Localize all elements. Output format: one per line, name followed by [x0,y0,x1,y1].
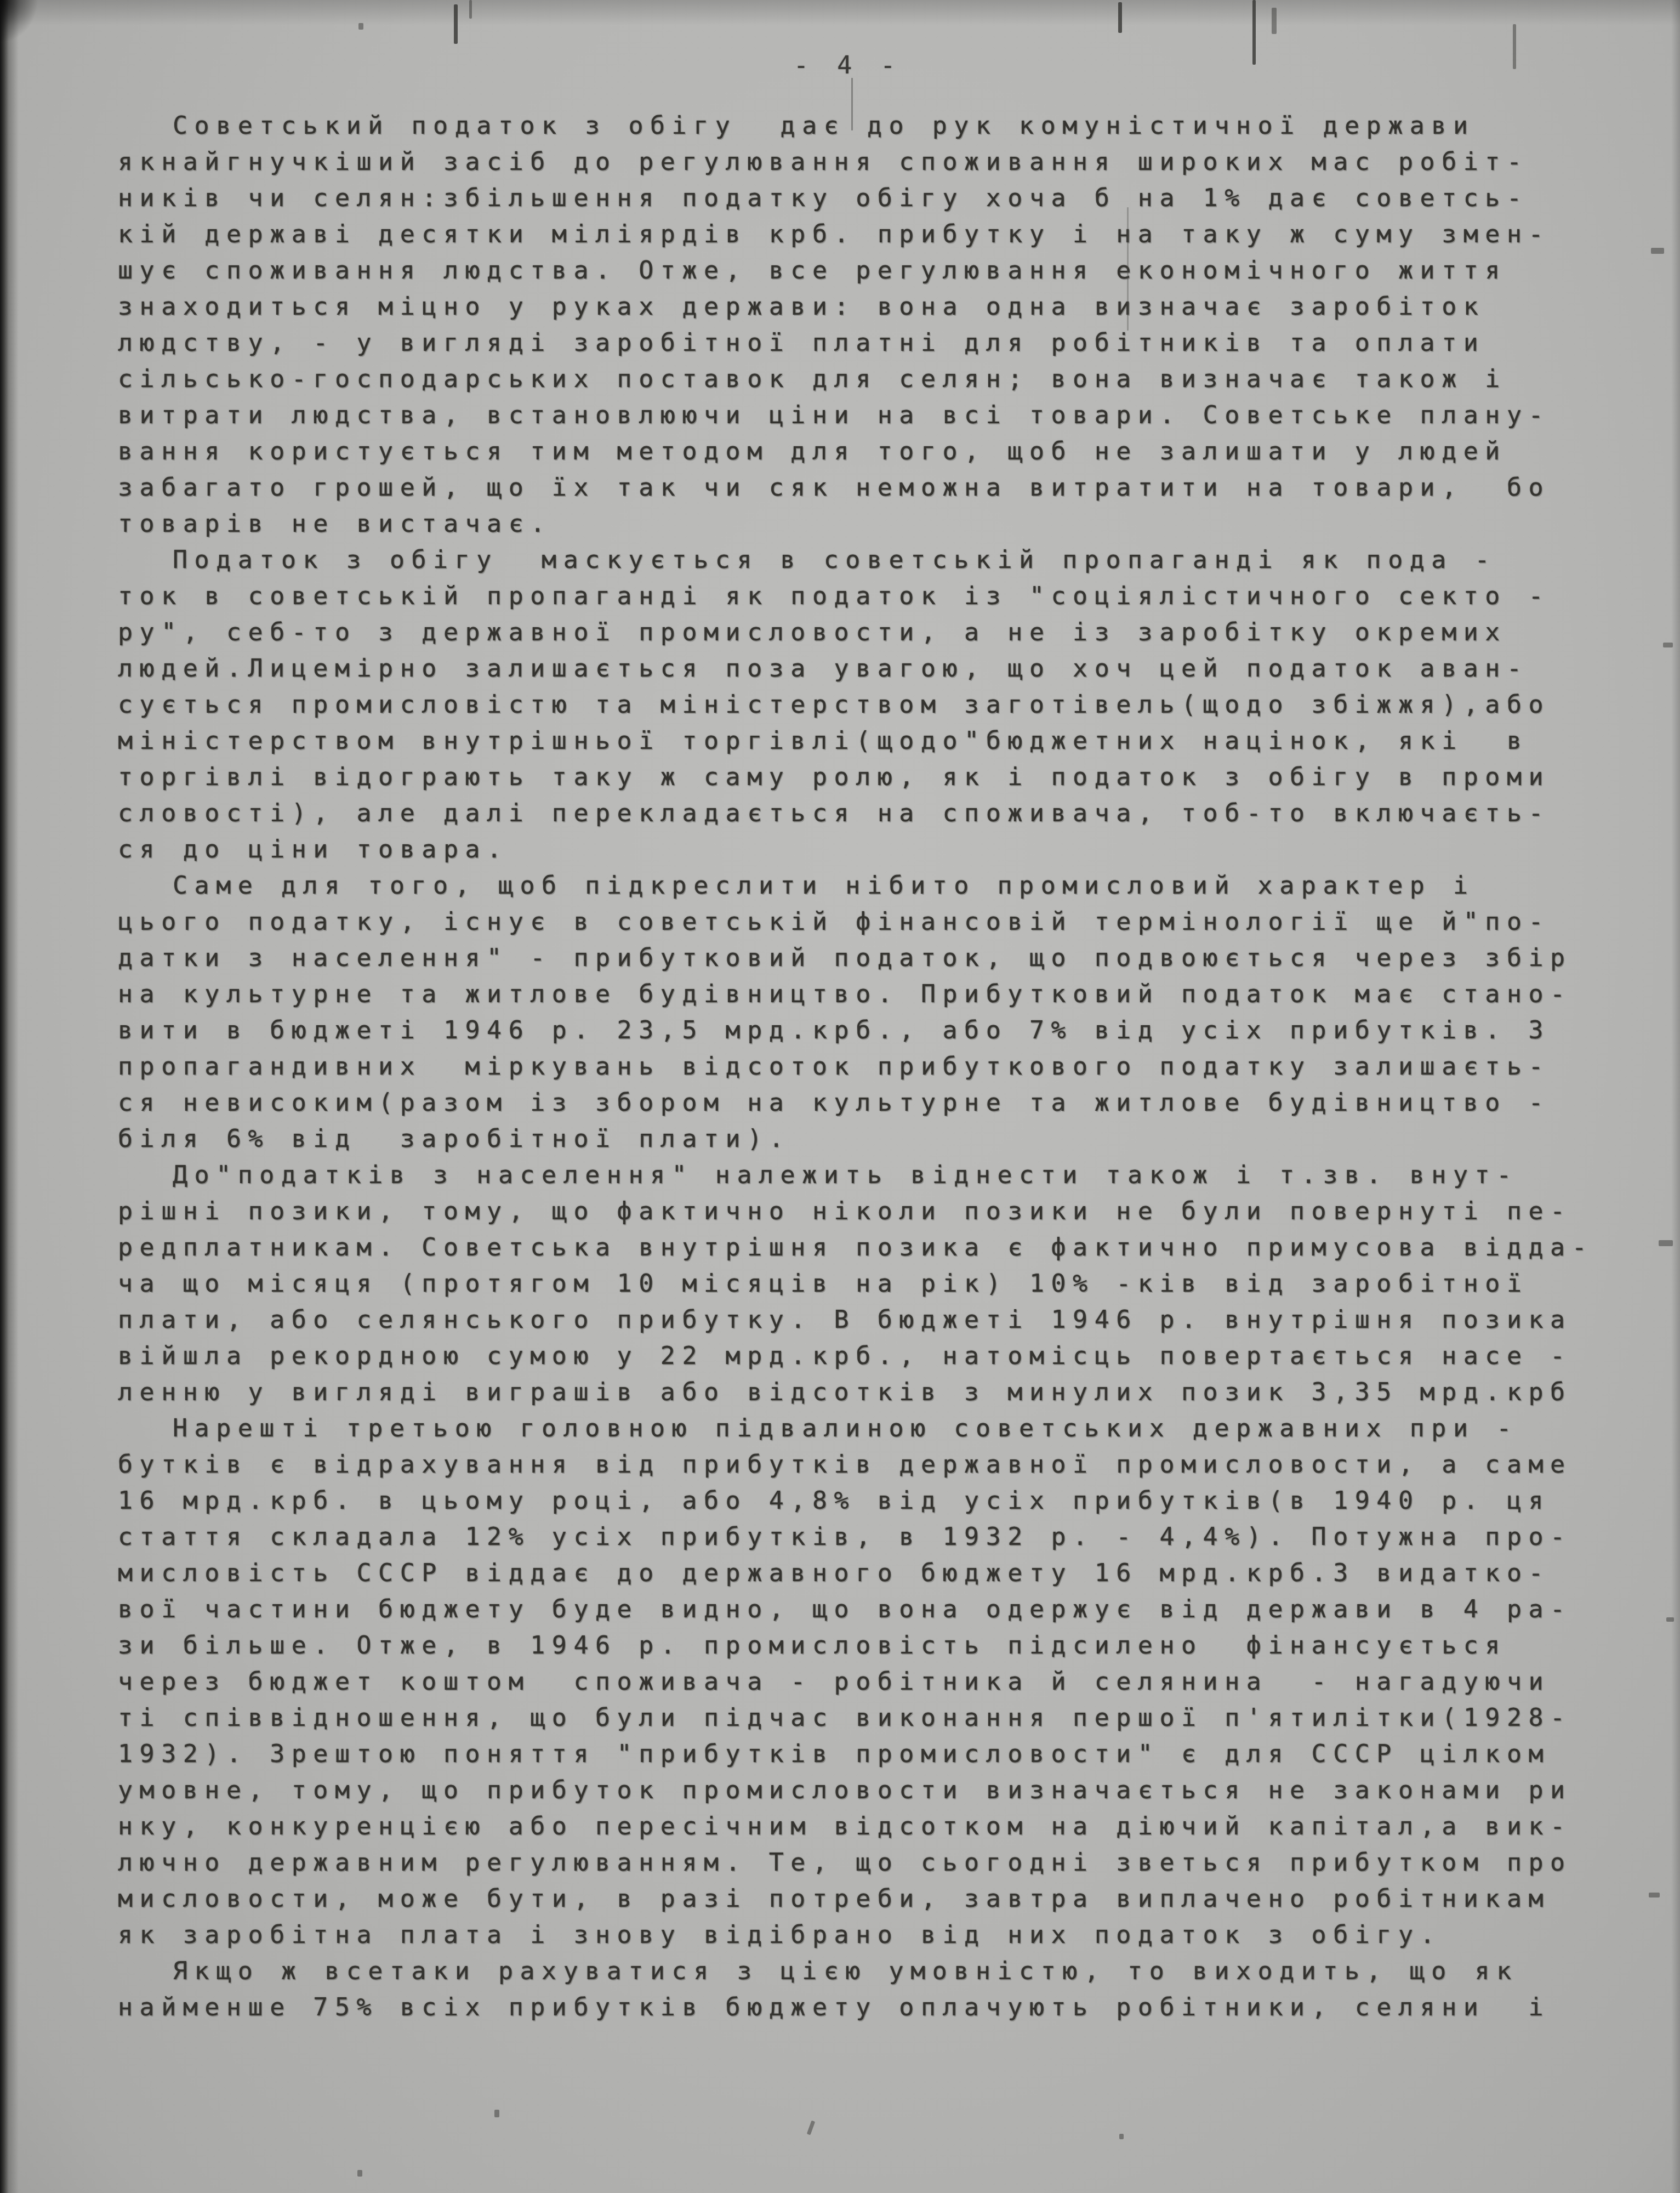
text-line: війшла рекордною сумою у 22 мрд.крб., на… [118,1338,1647,1374]
paragraph: Податок з обігу маскується в советській … [118,542,1647,867]
text-line: знаходиться міцно у руках держави: вона … [118,288,1647,325]
text-line: датки з населення" - прибутковий податок… [118,940,1647,976]
text-line: ся невисоким(разом із збором на культурн… [118,1084,1647,1121]
text-line: ся до ціни товара. [118,831,1647,867]
text-line: умовне, тому, що прибуток промисловости … [118,1772,1647,1808]
paragraph: Нарешті третьою головною підвалиною сове… [118,1410,1647,1953]
ink-speck [1272,8,1277,34]
margin-mark [1663,643,1673,647]
text-line: зи більше. Отже, в 1946 р. промисловість… [118,1627,1647,1663]
margin-mark [1651,248,1664,254]
ink-speck [1118,2,1122,33]
text-line: До"податків з населення" належить віднес… [118,1157,1647,1193]
text-line: забагато грошей, що їх так чи сяк неможн… [118,469,1647,505]
scan-edge-left [0,0,19,2193]
scanned-page: - 4 - Советський податок з обігу дає до … [0,0,1680,2193]
text-line: ників чи селян:збільшення податку обігу … [118,180,1647,216]
document-body: Советський податок з обігу дає до рук ко… [118,107,1647,2025]
text-line: вої частини бюджету буде видно, що вона … [118,1591,1647,1627]
text-line: ча що місяця (протягом 10 місяців на рік… [118,1265,1647,1302]
text-line: плати, або селянського прибутку. В бюдже… [118,1302,1647,1338]
scan-edge-top [0,0,1680,25]
text-line: рішні позики, тому, що фактично ніколи п… [118,1193,1647,1229]
text-line: ті співвідношення, що були підчас викона… [118,1700,1647,1736]
text-line: сільсько-господарських поставок для селя… [118,361,1647,397]
text-line: через бюджет коштом споживача - робітник… [118,1663,1647,1700]
paragraph: Саме для того, щоб підкреслити нібито пр… [118,867,1647,1157]
text-line: 1932). Зрештою поняття "прибутків промис… [118,1736,1647,1772]
ink-speck [1252,0,1256,65]
text-line: цього податку, існує в советській фінанс… [118,904,1647,940]
ink-speck [469,0,472,19]
text-line: лючно державним регулюванням. Те, що сьо… [118,1844,1647,1880]
text-line: ленню у вигляді виграшів або відсотків з… [118,1374,1647,1410]
margin-mark [1666,1617,1674,1622]
margin-mark [1659,1240,1673,1246]
paragraph: Советський податок з обігу дає до рук ко… [118,107,1647,542]
text-line: Советський податок з обігу дає до рук ко… [118,107,1647,144]
text-line: ток в советській пропаганді як податок і… [118,578,1647,614]
text-line: Якщо ж всетаки рахуватися з цією умовніс… [118,1953,1647,1989]
ink-speck [1513,24,1516,69]
text-line: Податок з обігу маскується в советській … [118,542,1647,578]
text-line: нку, конкуренцією або пересічним відсотк… [118,1808,1647,1844]
ink-speck [454,4,458,44]
ink-speck [807,2121,815,2135]
text-line: редплатникам. Советська внутрішня позика… [118,1229,1647,1265]
text-line: біля 6% від заробітної плати). [118,1121,1647,1157]
text-line: міністерством внутрішньої торгівлі(щодо"… [118,723,1647,759]
text-line: Саме для того, щоб підкреслити нібито пр… [118,867,1647,904]
text-line: кій державі десятки міліярдів крб. прибу… [118,216,1647,252]
text-line: 16 мрд.крб. в цьому році, або 4,8% від у… [118,1482,1647,1519]
text-line: словості), але далі перекладається на сп… [118,795,1647,831]
text-line: вити в бюджеті 1946 р. 23,5 мрд.крб., аб… [118,1012,1647,1048]
text-line: на культурне та житлове будівництво. При… [118,976,1647,1012]
text-line: шує споживання людства. Отже, все регулю… [118,252,1647,288]
text-line: товарів не вистачає. [118,505,1647,542]
text-line: Нарешті третьою головною підвалиною сове… [118,1410,1647,1446]
text-line: стаття складала 12% усіх прибутків, в 19… [118,1519,1647,1555]
page-number: - 4 - [794,50,902,79]
ink-speck [494,2110,499,2117]
text-line: бутків є відрахування від прибутків держ… [118,1446,1647,1482]
paragraph: Якщо ж всетаки рахуватися з цією умовніс… [118,1953,1647,2025]
scan-edge-right [1671,0,1680,2193]
text-line: людей.Лицемірно залишається поза увагою,… [118,650,1647,686]
text-line: сується промисловістю та міністерством з… [118,686,1647,723]
ink-speck [1119,2134,1124,2139]
ink-speck [358,23,363,30]
ink-speck [357,2170,362,2177]
text-line: людству, - у вигляді заробітної платні д… [118,325,1647,361]
text-line: пропагандивних міркувань відсоток прибут… [118,1048,1647,1084]
text-line: мисловість СССР віддає до державного бюд… [118,1555,1647,1591]
text-line: витрати людства, встановлюючи ціни на вс… [118,397,1647,433]
text-line: мисловости, може бути, в разі потреби, з… [118,1880,1647,1917]
text-line: вання користується тим методом для того,… [118,433,1647,469]
paper-crease [1127,207,1129,331]
scan-corner-blot [0,0,38,43]
text-line: якнайгнучкіший засіб до регулювання спож… [118,144,1647,180]
margin-mark [1649,1893,1660,1897]
paragraph: До"податків з населення" належить віднес… [118,1157,1647,1410]
paper-crease [851,78,853,130]
text-line: як заробітна плата і знову відібрано від… [118,1917,1647,1953]
text-line: найменше 75% всіх прибутків бюджету опла… [118,1989,1647,2025]
text-line: ру", себ-то з державної промисловости, а… [118,614,1647,650]
text-line: торгівлі відограють таку ж саму ролю, як… [118,759,1647,795]
